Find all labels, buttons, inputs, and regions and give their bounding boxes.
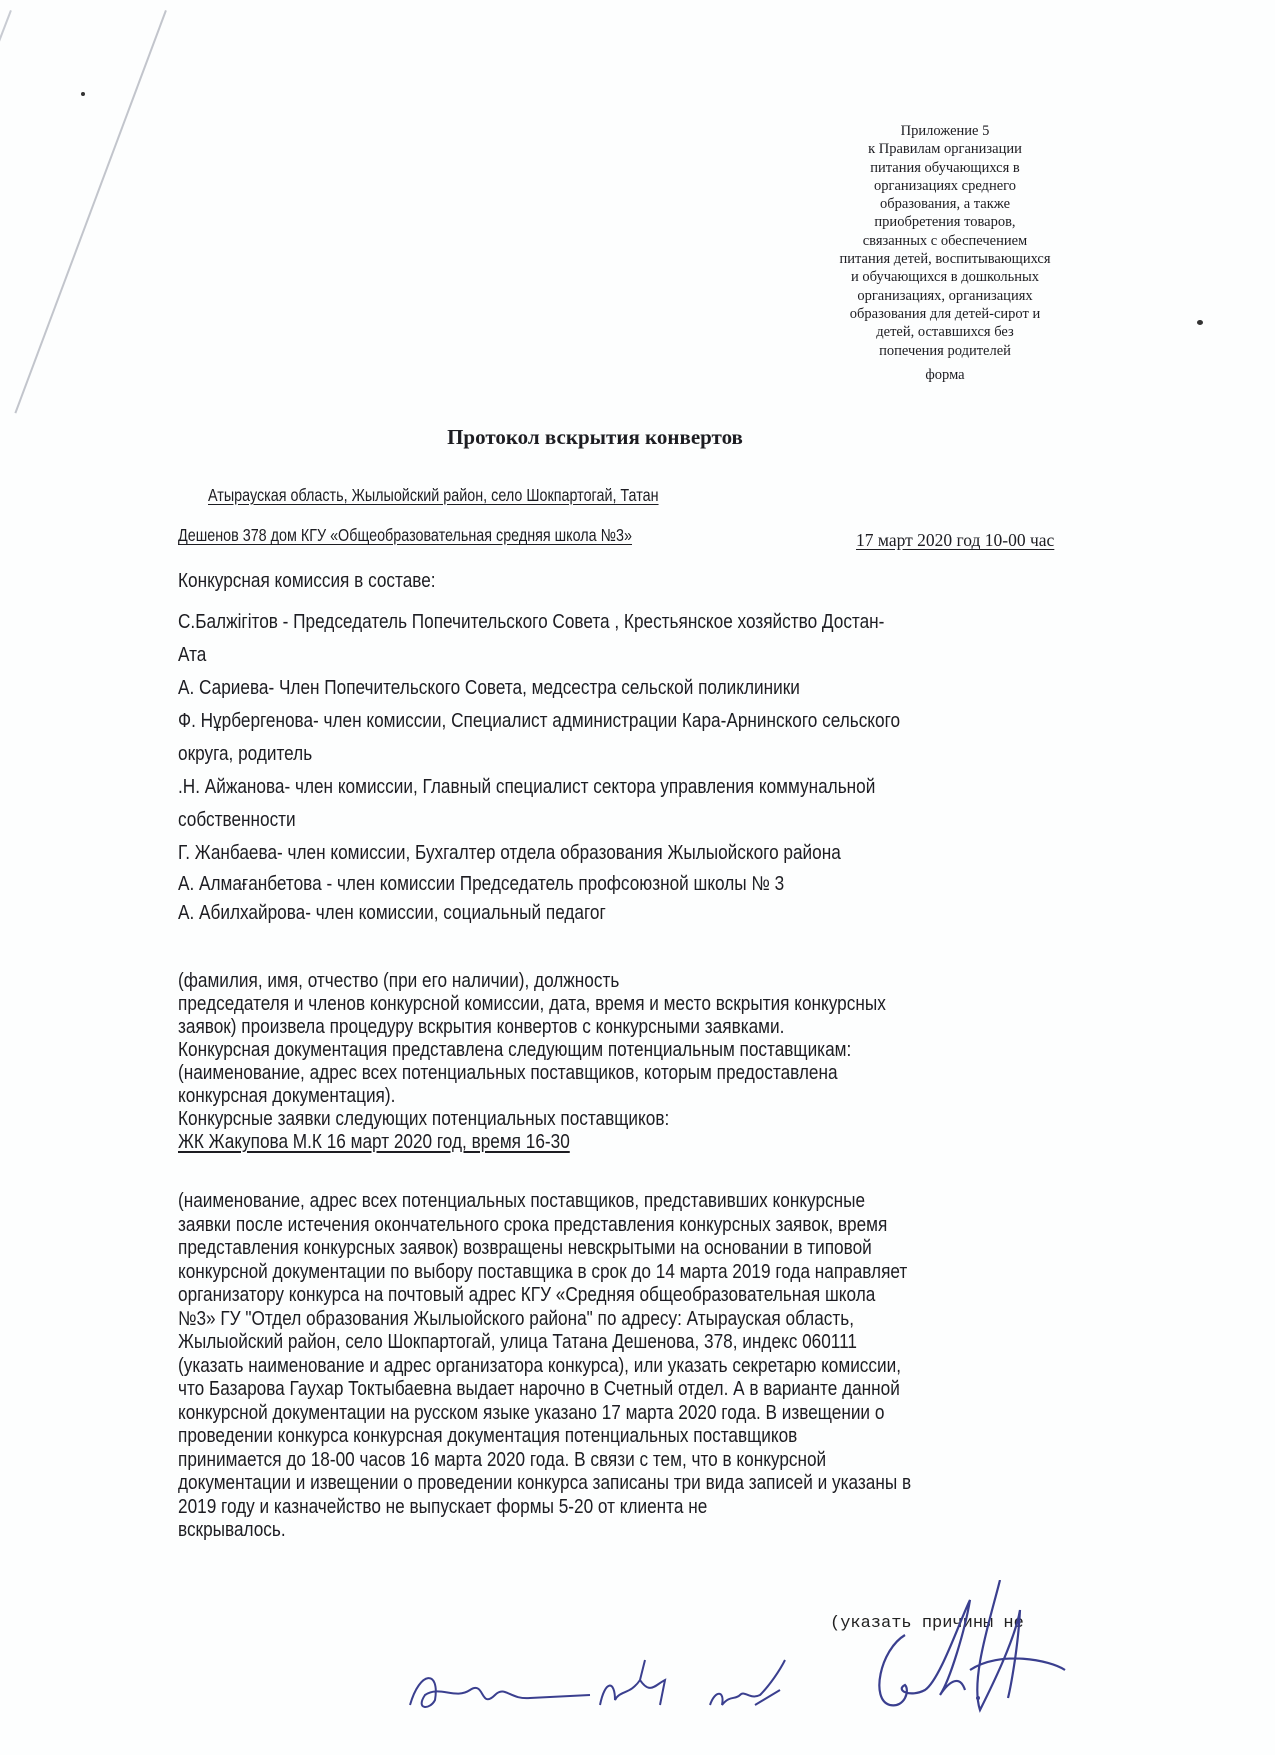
scan-speck (1197, 320, 1203, 325)
member-line: А. Абилхайрова- член комиссии, социальны… (178, 898, 1141, 928)
signature-chairman (850, 1580, 1100, 1740)
body-line: вскрывалось. (178, 1519, 1141, 1543)
member-line: С.Балжігітов - Председатель Попечительск… (178, 606, 1141, 639)
form-label: форма (820, 366, 1070, 384)
body-line: 2019 году и казначейство не выпускает фо… (178, 1496, 1141, 1520)
body-line: что Базарова Гаухар Токтыбаевна выдает н… (178, 1378, 1141, 1402)
body-line: представления конкурсных заявок) возвращ… (178, 1237, 1141, 1261)
body-line: (фамилия, имя, отчество (при его наличии… (178, 970, 1141, 993)
member-line: собственности (178, 804, 1141, 837)
body-line: заявок) произвела процедуру вскрытия кон… (178, 1016, 1141, 1039)
body-line: конкурсная документация). (178, 1085, 1141, 1108)
appendix-line: образования для детей-сирот и (820, 305, 1070, 323)
member-line: Ата (178, 639, 1141, 672)
appendix-line: связанных с обеспечением (820, 232, 1070, 250)
body-line: конкурсной документации на русском языке… (178, 1402, 1141, 1426)
appendix-line: и обучающихся в дошкольных (820, 268, 1070, 286)
body-line: (наименование, адрес всех потенциальных … (178, 1190, 1141, 1214)
signatures-group-left (400, 1650, 790, 1730)
body-line: принимается до 18-00 часов 16 марта 2020… (178, 1449, 1141, 1473)
appendix-line: к Правилам организации (820, 140, 1070, 158)
scan-speck (81, 92, 85, 96)
appendix-line: организациях среднего (820, 177, 1070, 195)
opening-datetime: 17 март 2020 год 10-00 час (856, 530, 1054, 551)
appendix-line: образования, а также (820, 195, 1070, 213)
paper-fold-line (14, 10, 166, 413)
appendix-line: приобретения товаров, (820, 213, 1070, 231)
body-line: председателя и членов конкурсной комисси… (178, 993, 1141, 1016)
commission-heading: Конкурсная комиссия в составе: (178, 565, 1141, 598)
member-line: .Н. Айжанова- член комиссии, Главный спе… (178, 771, 1141, 804)
procedure-section: (фамилия, имя, отчество (при его наличии… (178, 970, 1141, 1154)
body-line: (указать наименование и адрес организато… (178, 1355, 1141, 1379)
location-line-1: Атырауская область, Жылыойский район, се… (208, 485, 659, 506)
body-line: №3» ГУ "Отдел образования Жылыойского ра… (178, 1308, 1141, 1332)
member-line: А. Сариева- Член Попечительского Совета,… (178, 672, 1141, 705)
body-line: организатору конкурса на почтовый адрес … (178, 1284, 1141, 1308)
member-line: Г. Жанбаева- член комиссии, Бухгалтер от… (178, 837, 1141, 870)
body-line: заявки после истечения окончательного ср… (178, 1214, 1141, 1238)
appendix-header: Приложение 5 к Правилам организации пита… (820, 122, 1070, 384)
location-line-2: Дешенов 378 дом КГУ «Общеобразовательная… (178, 525, 632, 546)
member-line: округа, родитель (178, 738, 1141, 771)
paper-fold-line (0, 10, 12, 403)
appendix-line: Приложение 5 (820, 122, 1070, 140)
body-line: проведении конкурса конкурсная документа… (178, 1425, 1141, 1449)
member-line: А. Алмағанбетова - член комиссии Председ… (178, 870, 1141, 898)
appendix-line: попечения родителей (820, 342, 1070, 360)
body-line: Конкурсные заявки следующих потенциальны… (178, 1108, 1141, 1131)
member-line: Ф. Нұрбергенова- член комиссии, Специали… (178, 705, 1141, 738)
appendix-line: организациях, организациях (820, 287, 1070, 305)
appendix-line: питания детей, воспитывающихся (820, 250, 1070, 268)
returned-bids-section: (наименование, адрес всех потенциальных … (178, 1190, 1141, 1543)
supplier-entry: ЖК Жакупова М.К 16 март 2020 год, время … (178, 1131, 1141, 1154)
body-line: Конкурсная документация представлена сле… (178, 1039, 1141, 1062)
body-line: Жылыойский район, село Шокпартогай, улиц… (178, 1331, 1141, 1355)
body-line: конкурсной документации по выбору постав… (178, 1261, 1141, 1285)
commission-section: Конкурсная комиссия в составе: С.Балжігі… (178, 565, 1141, 928)
body-line: (наименование, адрес всех потенциальных … (178, 1062, 1141, 1085)
appendix-line: детей, оставшихся без (820, 323, 1070, 341)
body-line: документации и извещении о проведении ко… (178, 1472, 1141, 1496)
document-title: Протокол вскрытия конвертов (0, 425, 1190, 450)
appendix-line: питания обучающихся в (820, 159, 1070, 177)
